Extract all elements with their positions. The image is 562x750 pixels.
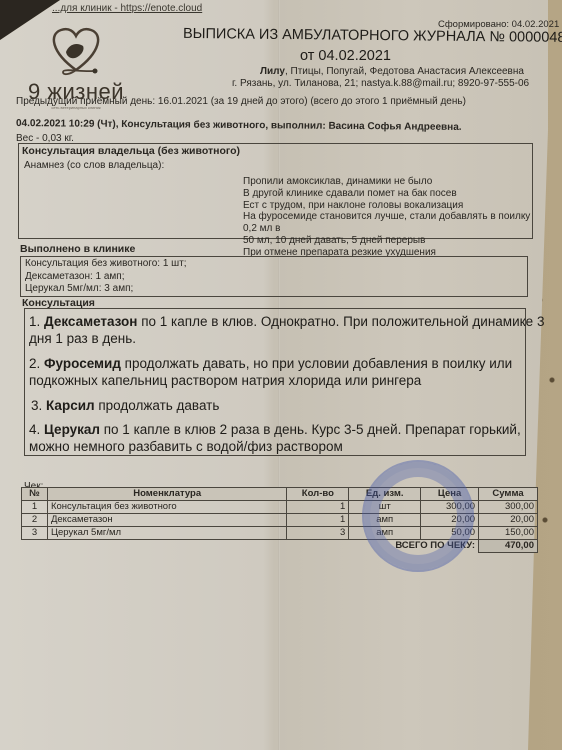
patient-info: Лилу, Птицы, Попугай, Федотова Анастасия… bbox=[260, 66, 524, 77]
patient-details: , Птицы, Попугай, Федотова Анастасия Але… bbox=[285, 66, 524, 77]
instruction-text: продолжать давать bbox=[95, 398, 220, 413]
row-quantity: 3 bbox=[287, 527, 349, 540]
row-unit: амп bbox=[349, 514, 421, 527]
anamnesis-line: Ест с трудом, при наклоне головы вокализ… bbox=[243, 200, 533, 212]
instruction-text: по 1 капле в клюв. Однократно. При полож… bbox=[137, 314, 544, 329]
performed-item: Консультация без животного: 1 шт; bbox=[25, 258, 187, 271]
owner-consultation-box: Консультация владельца (без животного) А… bbox=[18, 143, 533, 239]
consultation-item-1: 1. Дексаметазон по 1 капле в клюв. Однок… bbox=[29, 313, 544, 347]
row-price: 300,00 bbox=[421, 501, 479, 514]
clinic-logo: 9 жизней сеть ветеринарных клиник bbox=[26, 22, 126, 102]
row-number: 2 bbox=[22, 514, 48, 527]
row-item: Церукал 5мг/мл bbox=[47, 527, 286, 540]
instruction-text: по 1 капле в клюв 2 раза в день. Курс 3-… bbox=[100, 422, 521, 437]
drug-name: Карсил bbox=[46, 398, 95, 413]
owner-consultation-heading: Консультация владельца (без животного) bbox=[22, 145, 240, 157]
receipt-header-row: № Номенклатура Кол-во Ед. изм. Цена Сумм… bbox=[22, 488, 538, 501]
table-row: 2 Дексаметазон 1 амп 20,00 20,00 bbox=[22, 514, 538, 527]
instruction-text: дня 1 раз в день. bbox=[29, 330, 544, 347]
col-nomenclature: Номенклатура bbox=[47, 488, 286, 501]
row-quantity: 1 bbox=[287, 501, 349, 514]
row-item: Консультация без животного bbox=[47, 501, 286, 514]
row-unit: шт bbox=[349, 501, 421, 514]
total-label: ВСЕГО ПО ЧЕКУ: bbox=[22, 540, 479, 553]
performed-heading: Выполнено в клинике bbox=[20, 243, 135, 255]
consultation-box: 1. Дексаметазон по 1 капле в клюв. Однок… bbox=[24, 308, 526, 456]
anamnesis-label: Анамнез (со слов владельца): bbox=[24, 160, 164, 171]
anamnesis-line: На фуросемиде становится лучше, стали до… bbox=[243, 211, 533, 235]
row-number: 1 bbox=[22, 501, 48, 514]
col-price: Цена bbox=[421, 488, 479, 501]
previous-visit: Предыдущий приёмный день: 16.01.2021 (за… bbox=[16, 96, 466, 107]
performed-item: Дексаметазон: 1 амп; bbox=[25, 271, 187, 284]
drug-name: Фуросемид bbox=[44, 356, 121, 371]
enote-link[interactable]: ...для клиник - https://enote.cloud bbox=[52, 3, 202, 14]
row-sum: 20,00 bbox=[479, 514, 538, 527]
consultation-item-2: 2. Фуросемид продолжать давать, но при у… bbox=[29, 355, 512, 389]
receipt-table: № Номенклатура Кол-во Ед. изм. Цена Сумм… bbox=[21, 487, 538, 553]
consultation-item-3: 3. Карсил продолжать давать bbox=[31, 397, 219, 414]
row-item: Дексаметазон bbox=[47, 514, 286, 527]
item-number: 2. bbox=[29, 356, 40, 371]
performed-item: Церукал 5мг/мл: 3 амп; bbox=[25, 283, 187, 296]
row-price: 50,00 bbox=[421, 527, 479, 540]
instruction-text: подкожных капельниц раствором натрия хло… bbox=[29, 372, 512, 389]
owner-contacts: г. Рязань, ул. Тиланова, 21; nastya.k.88… bbox=[232, 78, 529, 89]
drug-name: Дексаметазон bbox=[44, 314, 137, 329]
row-price: 20,00 bbox=[421, 514, 479, 527]
row-sum: 150,00 bbox=[479, 527, 538, 540]
item-number: 3. bbox=[31, 398, 42, 413]
item-number: 4. bbox=[29, 422, 40, 437]
performed-box: Консультация без животного: 1 шт; Дексам… bbox=[20, 256, 528, 297]
col-number: № bbox=[22, 488, 48, 501]
row-quantity: 1 bbox=[287, 514, 349, 527]
instruction-text: можно немного разбавить с водой/физ раст… bbox=[29, 438, 521, 455]
heart-stethoscope-icon bbox=[41, 22, 111, 78]
row-sum: 300,00 bbox=[479, 501, 538, 514]
document-date: от 04.02.2021 bbox=[300, 48, 391, 64]
total-row: ВСЕГО ПО ЧЕКУ: 470,00 bbox=[22, 540, 538, 553]
table-row: 3 Церукал 5мг/мл 3 амп 50,00 150,00 bbox=[22, 527, 538, 540]
total-value: 470,00 bbox=[479, 540, 538, 553]
performed-list: Консультация без животного: 1 шт; Дексам… bbox=[25, 258, 187, 296]
drug-name: Церукал bbox=[44, 422, 100, 437]
anamnesis-line: 50 мл, 10 дней давать, 5 дней перерыв bbox=[243, 235, 533, 247]
anamnesis-text: Пропили амоксиклав, динамики не было В д… bbox=[243, 176, 533, 259]
patient-name: Лилу bbox=[260, 66, 285, 77]
table-row: 1 Консультация без животного 1 шт 300,00… bbox=[22, 501, 538, 514]
anamnesis-line: В другой клинике сдавали помет на бак по… bbox=[243, 188, 533, 200]
col-sum: Сумма bbox=[479, 488, 538, 501]
col-quantity: Кол-во bbox=[287, 488, 349, 501]
row-unit: амп bbox=[349, 527, 421, 540]
anamnesis-line: Пропили амоксиклав, динамики не было bbox=[243, 176, 533, 188]
consultation-item-4: 4. Церукал по 1 капле в клюв 2 раза в де… bbox=[29, 421, 521, 455]
item-number: 1. bbox=[29, 314, 40, 329]
instruction-text: продолжать давать, но при условии добавл… bbox=[121, 356, 512, 371]
col-unit: Ед. изм. bbox=[349, 488, 421, 501]
row-number: 3 bbox=[22, 527, 48, 540]
